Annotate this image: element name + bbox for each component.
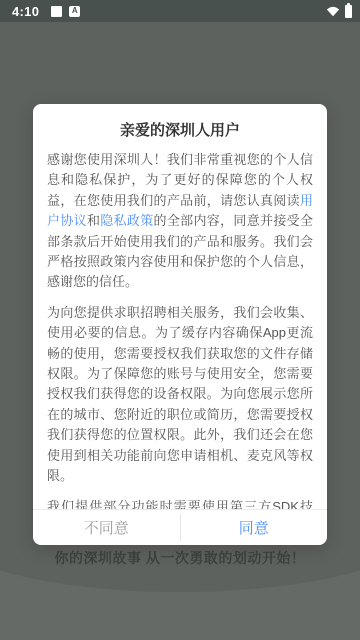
paragraph-intro: 感谢您使用深圳人！我们非常重视您的个人信息和隐私保护，为了更好的保障您的个人权益… <box>47 150 313 293</box>
privacy-policy-link[interactable]: 隐私政策 <box>100 213 153 228</box>
privacy-dialog: 亲爱的深圳人用户 感谢您使用深圳人！我们非常重视您的个人信息和隐私保护，为了更好… <box>33 104 327 545</box>
wifi-icon <box>326 5 340 17</box>
paragraph-and-text: 和 <box>87 213 100 228</box>
paragraph-permissions: 为向您提供求职招聘相关服务，我们会收集、使用必要的信息。为了缓存内容确保App更… <box>47 303 313 487</box>
battery-icon <box>345 5 352 18</box>
agree-button[interactable]: 同意 <box>181 510 328 545</box>
clock-time: 4:10 <box>12 4 39 19</box>
dialog-title: 亲爱的深圳人用户 <box>33 104 327 148</box>
dialog-footer: 不同意 同意 <box>33 509 327 545</box>
app-tagline: 你的深圳故事 从一次勇敢的划动开始！ <box>0 548 360 568</box>
letter-a-icon: A <box>69 6 80 17</box>
paragraph-sdk: 我们提供部分功能时需要使用第三方SDK技术，这些第三方SDK在配合我们向您提供更… <box>47 497 313 510</box>
status-bar: 4:10 A <box>0 0 360 22</box>
notification-square-icon <box>51 6 62 17</box>
dialog-body: 感谢您使用深圳人！我们非常重视您的个人信息和隐私保护，为了更好的保障您的个人权益… <box>33 148 327 509</box>
paragraph-intro-text: 感谢您使用深圳人！我们非常重视您的个人信息和隐私保护，为了更好的保障您的个人权益… <box>47 152 313 208</box>
disagree-button[interactable]: 不同意 <box>33 510 180 545</box>
